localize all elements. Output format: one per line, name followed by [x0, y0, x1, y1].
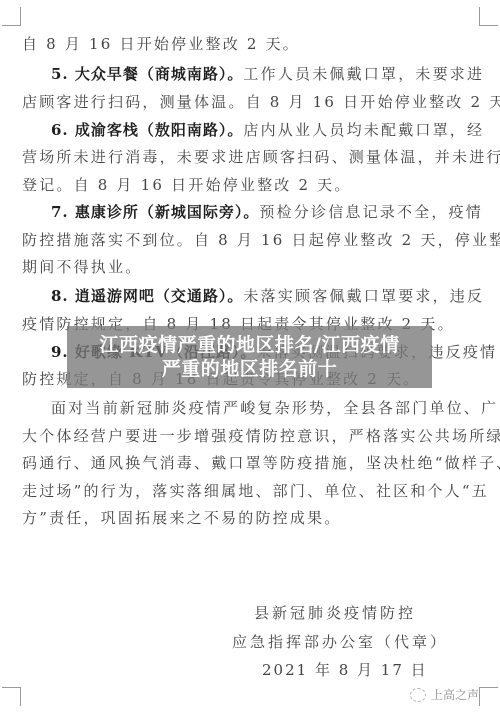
line-text: 大个体经营户要进一步增强疫情防控意识，严格落实公共场所绿 [22, 427, 500, 445]
line-text: 店顾客进行扫码，测量体温。自 8 月 16 日开始停业整改 2 天。 [22, 93, 500, 111]
watermark-text: 上高之声 [431, 686, 479, 703]
signature-date: 2021 年 8 月 17 日 [262, 660, 428, 680]
body-line: 方”责任，巩固拓展来之不易的防控成果。 [22, 508, 482, 528]
body-line: 登记。自 8 月 16 日开始停业整改 2 天。 [22, 175, 482, 195]
wechat-icon [410, 688, 426, 702]
signature-org-line2: 应急指挥部办公室（代章） [232, 632, 448, 652]
title-overlay-banner: 江西疫情严重的地区排名/江西疫情 严重的地区排名前十 [67, 326, 432, 388]
line-text: 防控措施落实不到位。自 8 月 16 日起停业整改 2 天，停业整改 [22, 231, 500, 249]
line-text: 登记。自 8 月 16 日开始停业整改 2 天。 [22, 176, 352, 194]
item-text: 未落实顾客佩戴口罩要求，违反 [243, 287, 484, 305]
item-label: 6. 成渝客栈（敖阳南路）。 [51, 121, 243, 139]
body-line: 自 8 月 16 日开始停业整改 2 天。 [22, 34, 482, 54]
body-line: 营场所未进行消毒，未要求进店顾客扫码、测量体温，并未进行 [22, 147, 482, 167]
body-line: 大个体经营户要进一步增强疫情防控意识，严格落实公共场所绿 [22, 426, 482, 446]
signature-org-line1: 县新冠肺炎疫情防控 [254, 603, 416, 623]
item-5-heading: 5. 大众早餐（商城南路）。工作人员未佩戴口罩，未要求进 [51, 64, 500, 84]
document-page: 自 8 月 16 日开始停业整改 2 天。 5. 大众早餐（商城南路）。工作人员… [0, 0, 500, 716]
corner-mark-top-right [479, 7, 498, 26]
line-text: 营场所未进行消毒，未要求进店顾客扫码、测量体温，并未进行 [22, 148, 500, 166]
item-label: 8. 逍遥游网吧（交通路）。 [51, 287, 243, 305]
item-7-heading: 7. 惠康诊所（新城国际旁）。预检分诊信息记录不全，疫情 [51, 202, 500, 222]
item-6-heading: 6. 成渝客栈（敖阳南路）。店内从业人员均未配戴口罩，经 [51, 120, 500, 140]
body-line: 期间不得执业。 [22, 257, 482, 277]
line-text: 面对当前新冠肺炎疫情严峻复杂形势，全县各部门单位、广 [51, 399, 498, 417]
item-text: 工作人员未佩戴口罩，未要求进 [243, 65, 484, 83]
source-watermark: 上高之声 [410, 686, 479, 703]
body-line: 防控措施落实不到位。自 8 月 16 日起停业整改 2 天，停业整改 [22, 230, 482, 250]
corner-mark-bottom-right [479, 687, 498, 706]
line-text: 方”责任，巩固拓展来之不易的防控成果。 [22, 509, 341, 527]
line-text: 走过场”的行为，落实落细属地、部门、单位、社区和个人“五 [22, 482, 489, 500]
summary-paragraph-start: 面对当前新冠肺炎疫情严峻复杂形势，全县各部门单位、广 [51, 398, 500, 418]
line-text: 自 8 月 16 日开始停业整改 2 天。 [22, 35, 300, 53]
corner-mark-top-left [2, 7, 21, 26]
overlay-title-line1: 江西疫情严重的地区排名/江西疫情 [100, 333, 400, 357]
item-label: 5. 大众早餐（商城南路）。 [51, 65, 243, 83]
line-text: 码通行、通风换气消毒、戴口罩等防疫措施，坚决杜绝“做样子、 [22, 454, 500, 472]
corner-mark-bottom-left [2, 687, 21, 706]
item-text: 店内从业人员均未配戴口罩，经 [243, 121, 484, 139]
item-text: 预检分诊信息记录不全，疫情 [259, 203, 483, 221]
body-line: 走过场”的行为，落实落细属地、部门、单位、社区和个人“五 [22, 481, 482, 501]
body-line: 店顾客进行扫码，测量体温。自 8 月 16 日开始停业整改 2 天。 [22, 92, 482, 112]
line-text: 期间不得执业。 [22, 258, 142, 276]
item-label: 7. 惠康诊所（新城国际旁）。 [51, 203, 259, 221]
item-8-heading: 8. 逍遥游网吧（交通路）。未落实顾客佩戴口罩要求，违反 [51, 286, 500, 306]
overlay-title-line2: 严重的地区排名前十 [162, 357, 338, 381]
body-line: 码通行、通风换气消毒、戴口罩等防疫措施，坚决杜绝“做样子、 [22, 453, 482, 473]
